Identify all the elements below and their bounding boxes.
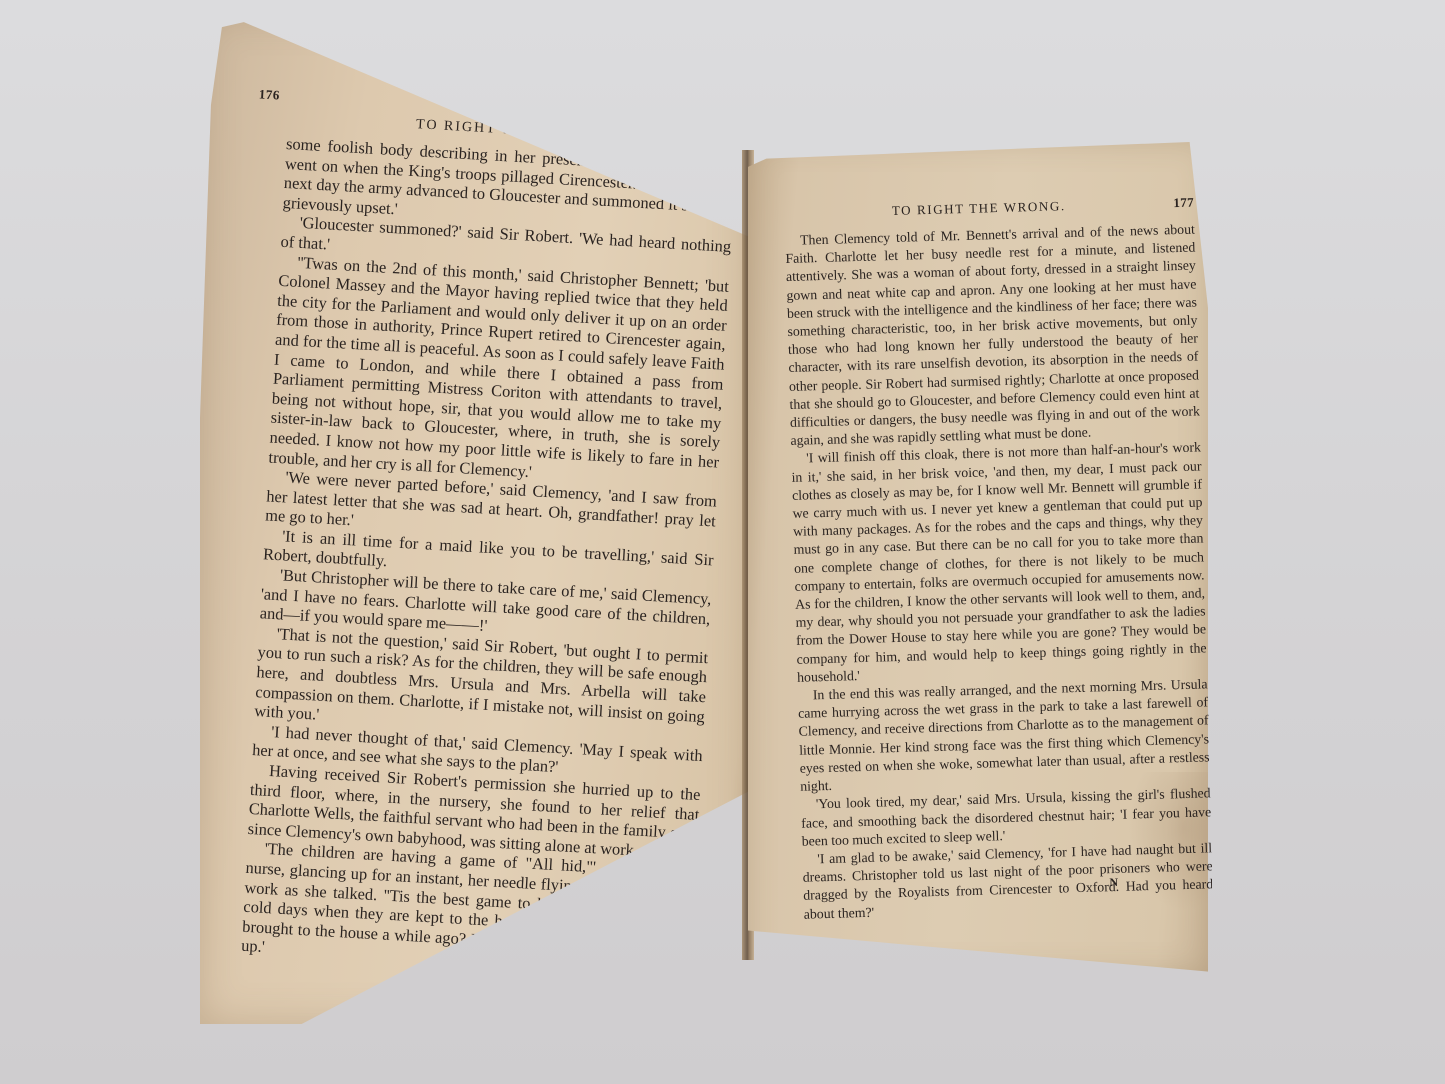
paragraph: 'I am glad to be awake,' said Clemency, … — [802, 839, 1214, 923]
left-page: 176 TO RIGHT THE WRONG. some foolish bod… — [200, 14, 748, 1024]
running-head-right: TO RIGHT THE WRONG. — [784, 195, 1174, 222]
page-number-left: 176 — [258, 86, 280, 103]
signature-mark: N — [1109, 875, 1118, 890]
paragraph: Then Clemency told of Mr. Bennett's arri… — [785, 221, 1201, 451]
running-head-right-row: TO RIGHT THE WRONG. 177 — [784, 195, 1194, 222]
right-page-text-block: TO RIGHT THE WRONG. 177 Then Clemency to… — [784, 195, 1214, 924]
paragraph: In the end this was really arranged, and… — [797, 675, 1210, 796]
right-page: TO RIGHT THE WRONG. 177 Then Clemency to… — [748, 142, 1208, 972]
page-number-right: 177 — [1173, 195, 1194, 212]
paragraph: 'The children are having a game of "All … — [241, 838, 697, 980]
left-page-text-block: 176 TO RIGHT THE WRONG. some foolish bod… — [241, 110, 738, 981]
paragraph: ''Twas on the 2nd of this month,' said C… — [268, 251, 729, 491]
paragraph: 'I will finish off this cloak, there is … — [791, 439, 1207, 687]
